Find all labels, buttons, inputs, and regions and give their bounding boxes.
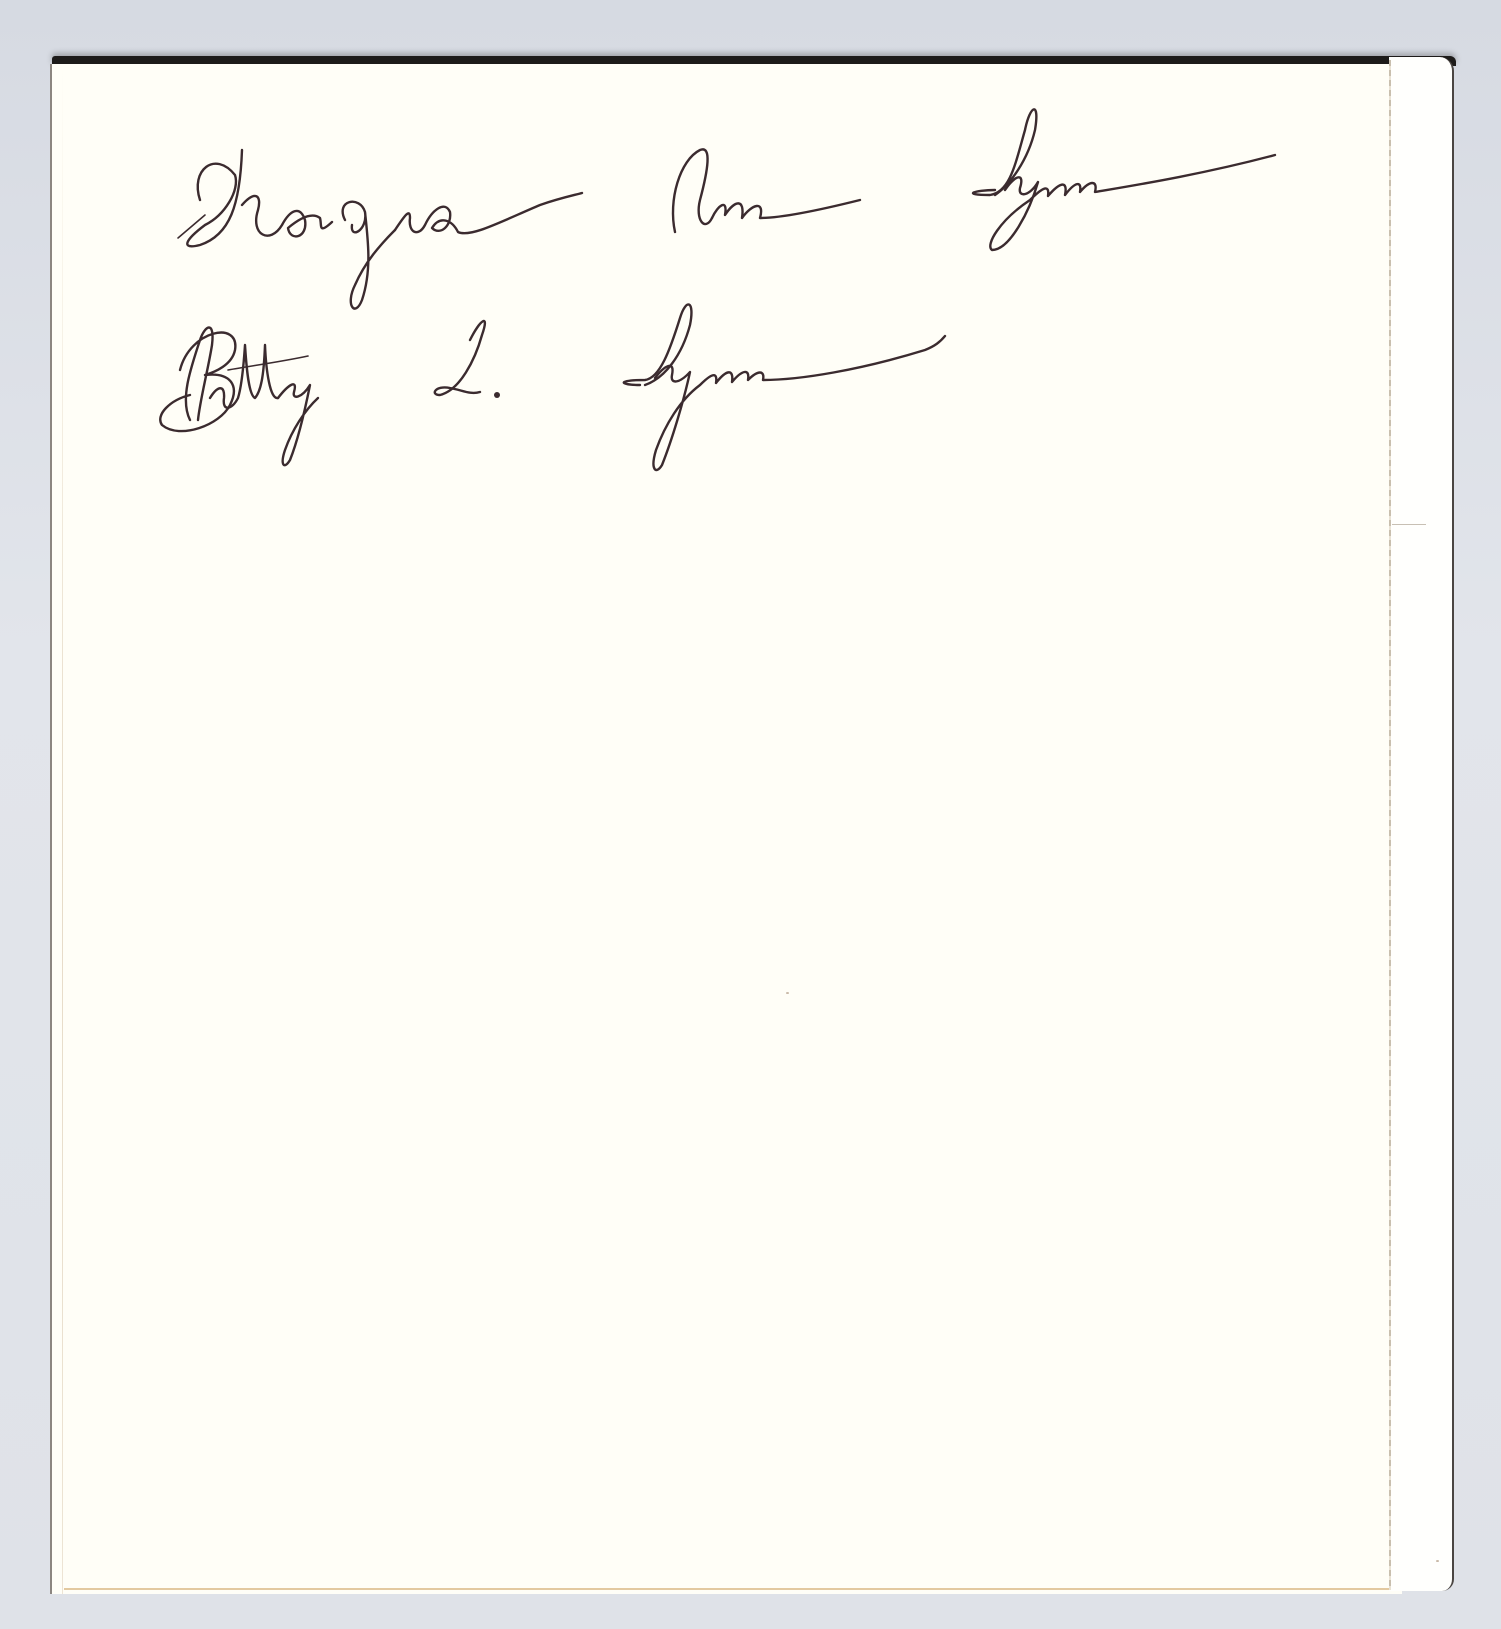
paper-speck [1436, 1560, 1439, 1562]
card-bottom-edge [64, 1588, 1402, 1590]
paper-speck [786, 992, 789, 994]
card-left-crease [62, 64, 63, 1594]
card-folded-flap [1389, 57, 1454, 1591]
flap-mark [1392, 524, 1426, 525]
signature-card [50, 64, 1402, 1594]
flap-fold-line [1389, 60, 1391, 1590]
